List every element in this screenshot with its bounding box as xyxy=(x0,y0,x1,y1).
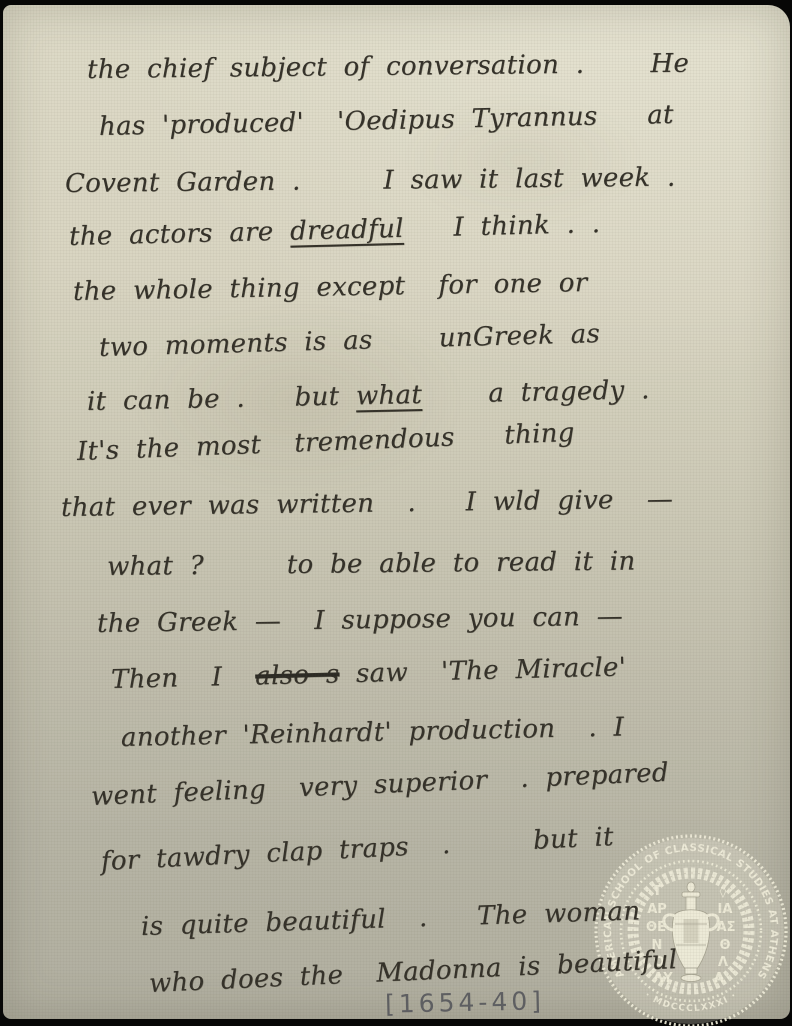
letter-line-14: went feeling very superior . prepared xyxy=(90,756,669,814)
line-text: It's the most tremendous thing xyxy=(76,418,575,467)
line-text: that ever was written . I wld give — xyxy=(61,484,673,523)
underlined-word: what xyxy=(356,380,423,411)
line-text: two moments is as unGreek as xyxy=(99,319,601,363)
scribbled-out-word: also s xyxy=(255,659,340,691)
catalog-annotation: [1654-40] xyxy=(385,986,546,1018)
line-text: the Greek — I suppose you can — xyxy=(97,602,623,639)
letter-line-4: the actors are dreadful I think . . xyxy=(69,207,601,254)
line-text: for tawdry clap traps . but it xyxy=(100,822,614,877)
line-text: the actors are xyxy=(69,217,291,252)
line-text: saw 'The Miracle' xyxy=(339,652,626,689)
letter-line-6: two moments is as unGreek as xyxy=(99,317,601,365)
svg-text:ΘΕ: ΘΕ xyxy=(646,920,666,935)
letter-line-12: Then I also s saw 'The Miracle' xyxy=(111,650,627,697)
svg-text:ΙΑ: ΙΑ xyxy=(718,902,733,917)
letter-line-11: the Greek — I suppose you can — xyxy=(97,600,623,641)
svg-text:Α: Α xyxy=(714,971,724,986)
letter-line-15: for tawdry clap traps . but it xyxy=(100,820,614,879)
svg-text:ΑΡ: ΑΡ xyxy=(647,902,667,917)
letter-line-1: the chief subject of conversation . He xyxy=(87,47,689,87)
letter-line-5: the whole thing except for one or xyxy=(73,266,588,309)
line-text: what ? to be able to read it in xyxy=(107,546,636,582)
letter-line-2: has 'produced' 'Oedipus Tyrannus at xyxy=(99,98,674,144)
svg-text:◊: ◊ xyxy=(720,884,727,899)
letter-line-10: what ? to be able to read it in xyxy=(107,544,636,584)
letter-page: AMERICAN SCHOOL OF CLASSICAL STUDIES AT … xyxy=(3,5,790,1019)
line-text: another 'Reinhardt' production . I xyxy=(121,712,625,753)
letter-line-7: it can be . but what a tragedy . xyxy=(87,373,650,419)
line-text: is quite beautiful . The woman xyxy=(141,896,641,942)
letter-line-8: It's the most tremendous thing xyxy=(76,416,575,469)
svg-text:ΑΣ: ΑΣ xyxy=(717,920,736,935)
line-text: a tragedy . xyxy=(422,375,650,410)
svg-text:Θ: Θ xyxy=(719,938,730,953)
line-text: Then I xyxy=(111,661,256,695)
svg-text:Γ: Γ xyxy=(655,884,663,899)
line-text: the chief subject of conversation . He xyxy=(87,49,689,85)
letter-line-16: is quite beautiful . The woman xyxy=(140,894,640,944)
letter-line-13: another 'Reinhardt' production . I xyxy=(121,710,625,755)
line-text: has 'produced' 'Oedipus Tyrannus at xyxy=(99,100,674,142)
line-text: went feeling very superior . prepared xyxy=(90,758,669,812)
line-text: Covent Garden . I saw it last week . xyxy=(65,163,676,199)
line-text: the whole thing except for one or xyxy=(73,268,588,307)
line-text: I think . . xyxy=(403,209,600,244)
svg-text:Λ: Λ xyxy=(718,955,728,970)
underlined-word: dreadful xyxy=(290,214,404,247)
letter-line-3: Covent Garden . I saw it last week . xyxy=(65,161,676,201)
letter-line-9: that ever was written . I wld give — xyxy=(61,482,674,525)
line-text: it can be . but xyxy=(87,381,357,417)
